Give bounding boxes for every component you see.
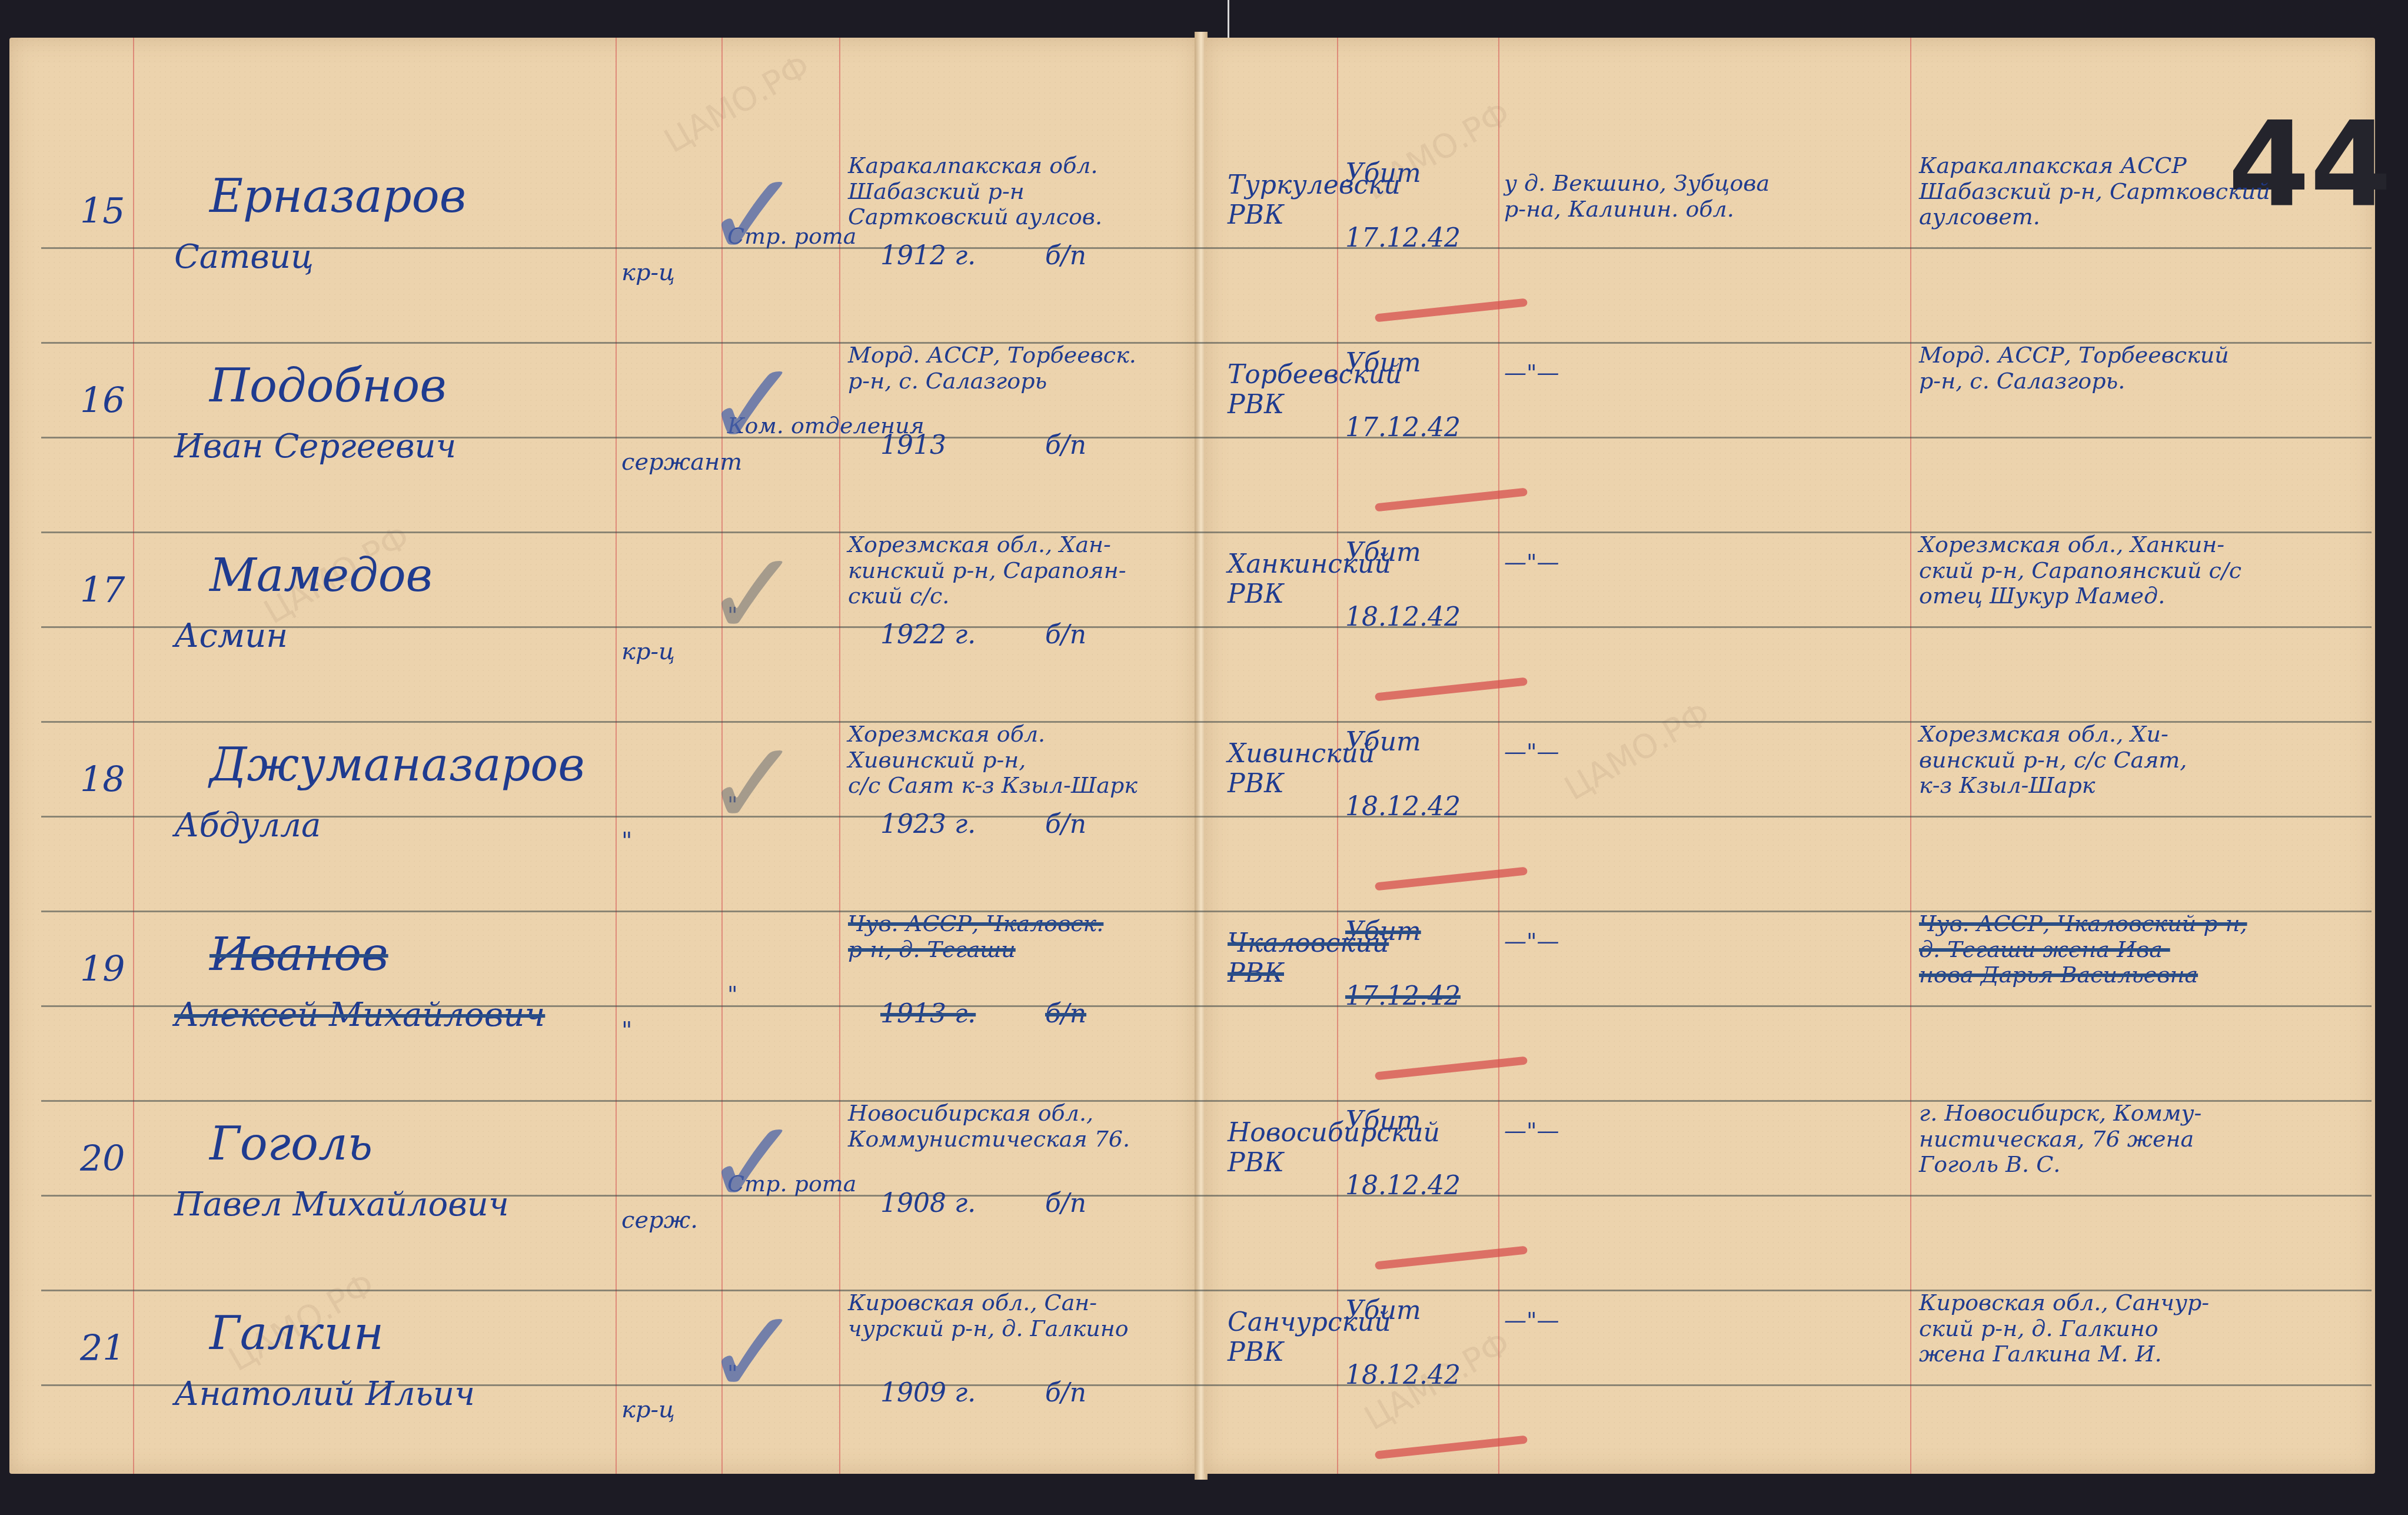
given-name: Анатолий Ильич — [174, 1376, 475, 1413]
birth-year: 1909 г. — [880, 1378, 976, 1408]
burial-place: —"— — [1504, 550, 1559, 576]
given-name: Алексей Михайлович — [174, 996, 545, 1034]
position: " — [727, 982, 737, 1008]
entry-number: 15 — [80, 191, 125, 232]
surname: Гоголь — [209, 1118, 372, 1171]
entry-number: 21 — [80, 1328, 125, 1369]
entry-number: 17 — [80, 570, 125, 611]
checkmark-icon: ✓ — [704, 526, 803, 663]
ruled-line — [41, 626, 2372, 628]
burial-place: —"— — [1504, 739, 1559, 765]
birth-year: 1923 г. — [880, 810, 976, 840]
watermark: ЦАМО.РФ — [1558, 695, 1717, 808]
checkmark-icon: ✓ — [704, 1284, 803, 1421]
death-date: 18.12.42 — [1345, 1171, 1461, 1201]
birth-year: 1913 г. — [880, 999, 976, 1029]
fate: Убит — [1345, 1296, 1421, 1326]
death-date: 17.12.42 — [1345, 982, 1461, 1012]
burial-place: —"— — [1504, 929, 1559, 955]
relatives-address: г. Новосибирск, Комму- нистическая, 76 ж… — [1919, 1101, 2201, 1178]
entry-number: 18 — [80, 760, 125, 800]
burial-place: у д. Векшино, Зубцова р-на, Калинин. обл… — [1504, 171, 1770, 222]
surname: Мамедов — [209, 550, 433, 603]
ruled-line — [41, 816, 2372, 818]
given-name: Асмин — [174, 617, 288, 655]
entry-number: 20 — [80, 1139, 125, 1180]
birth-year: 1922 г. — [880, 620, 976, 650]
birthplace: Морд. АССР, Торбеевск. р-н, с. Салазгорь — [848, 343, 1136, 394]
surname: Ерназаров — [209, 171, 466, 224]
party-status: б/п — [1045, 999, 1086, 1029]
fate: Убит — [1345, 159, 1421, 189]
party-status: б/п — [1045, 1378, 1086, 1408]
relatives-address: Кировская обл., Санчур- ский р-н, д. Гал… — [1919, 1290, 2209, 1367]
death-date: 18.12.42 — [1345, 603, 1461, 633]
surname: Подобнов — [209, 360, 447, 413]
given-name: Абдулла — [174, 807, 321, 845]
column-line — [839, 38, 840, 1474]
rank: кр-ц — [621, 259, 675, 286]
party-status: б/п — [1045, 620, 1086, 650]
birthplace: Хорезмская обл. Хивинский р-н, с/с Саят … — [848, 722, 1138, 799]
ruled-line — [41, 247, 2372, 249]
rank: " — [621, 828, 632, 855]
birthplace: Хорезмская обл., Хан- кинский р-н, Сарап… — [848, 532, 1126, 609]
birthplace: Каракалпакская обл. Шабазский р-н Сартко… — [848, 153, 1102, 230]
relatives-address: Морд. АССР, Торбеевский р-н, с. Салазгор… — [1919, 343, 2229, 394]
birthplace: Новосибирская обл., Коммунистическая 76. — [848, 1101, 1130, 1152]
party-status: б/п — [1045, 431, 1086, 461]
entry-number: 19 — [80, 949, 125, 990]
death-date: 17.12.42 — [1345, 224, 1461, 254]
party-status: б/п — [1045, 241, 1086, 271]
relatives-address: Чув. АССР, Чкаловский р-н, д. Тегаши жен… — [1919, 911, 2247, 988]
death-date: 17.12.42 — [1345, 413, 1461, 443]
relatives-address: Хорезмская обл., Хи- винский р-н, с/с Са… — [1919, 722, 2187, 799]
given-name: Сатвиц — [174, 238, 314, 276]
birth-year: 1908 г. — [880, 1189, 976, 1219]
fate: Убит — [1345, 917, 1421, 947]
surname: Иванов — [209, 929, 388, 982]
fate: Убит — [1345, 727, 1421, 757]
burial-place: —"— — [1504, 1118, 1559, 1144]
burial-place: —"— — [1504, 360, 1559, 386]
death-date: 18.12.42 — [1345, 1361, 1461, 1391]
birth-year: 1913 — [880, 431, 946, 461]
checkmark-icon: ✓ — [704, 147, 803, 284]
rank: кр-ц — [621, 638, 675, 665]
surname: Галкин — [209, 1308, 384, 1361]
relatives-address: Хорезмская обл., Ханкин- ский р-н, Сарап… — [1919, 532, 2241, 609]
checkmark-icon: ✓ — [704, 716, 803, 853]
column-line — [1498, 38, 1499, 1474]
birthplace: Кировская обл., Сан- чурский р-н, д. Гал… — [848, 1290, 1129, 1341]
relatives-address: Каракалпакская АССР Шабазский р-н, Сартк… — [1919, 153, 2270, 230]
checkmark-icon: ✓ — [704, 337, 803, 474]
watermark: ЦАМО.РФ — [658, 47, 817, 161]
binding-thread — [1228, 0, 1229, 41]
burial-place: —"— — [1504, 1308, 1559, 1334]
rank: " — [621, 1017, 632, 1044]
entry-number: 16 — [80, 381, 125, 421]
surname: Джуманазаров — [209, 739, 585, 792]
fate: Убит — [1345, 348, 1421, 378]
birthplace: Чув. АССР, Чкаловск. р-н, д. Тегаши — [848, 911, 1103, 962]
given-name: Иван Сергеевич — [174, 428, 456, 466]
death-date: 18.12.42 — [1345, 792, 1461, 822]
fate: Убит — [1345, 538, 1421, 568]
margin-line — [133, 38, 134, 1474]
party-status: б/п — [1045, 810, 1086, 840]
checkmark-icon: ✓ — [704, 1095, 803, 1232]
column-line — [1910, 38, 1911, 1474]
rank: кр-ц — [621, 1396, 675, 1423]
column-line — [616, 38, 617, 1474]
given-name: Павел Михайлович — [174, 1186, 509, 1224]
birth-year: 1912 г. — [880, 241, 976, 271]
rank: серж. — [621, 1207, 698, 1234]
fate: Убит — [1345, 1107, 1421, 1137]
party-status: б/п — [1045, 1189, 1086, 1219]
